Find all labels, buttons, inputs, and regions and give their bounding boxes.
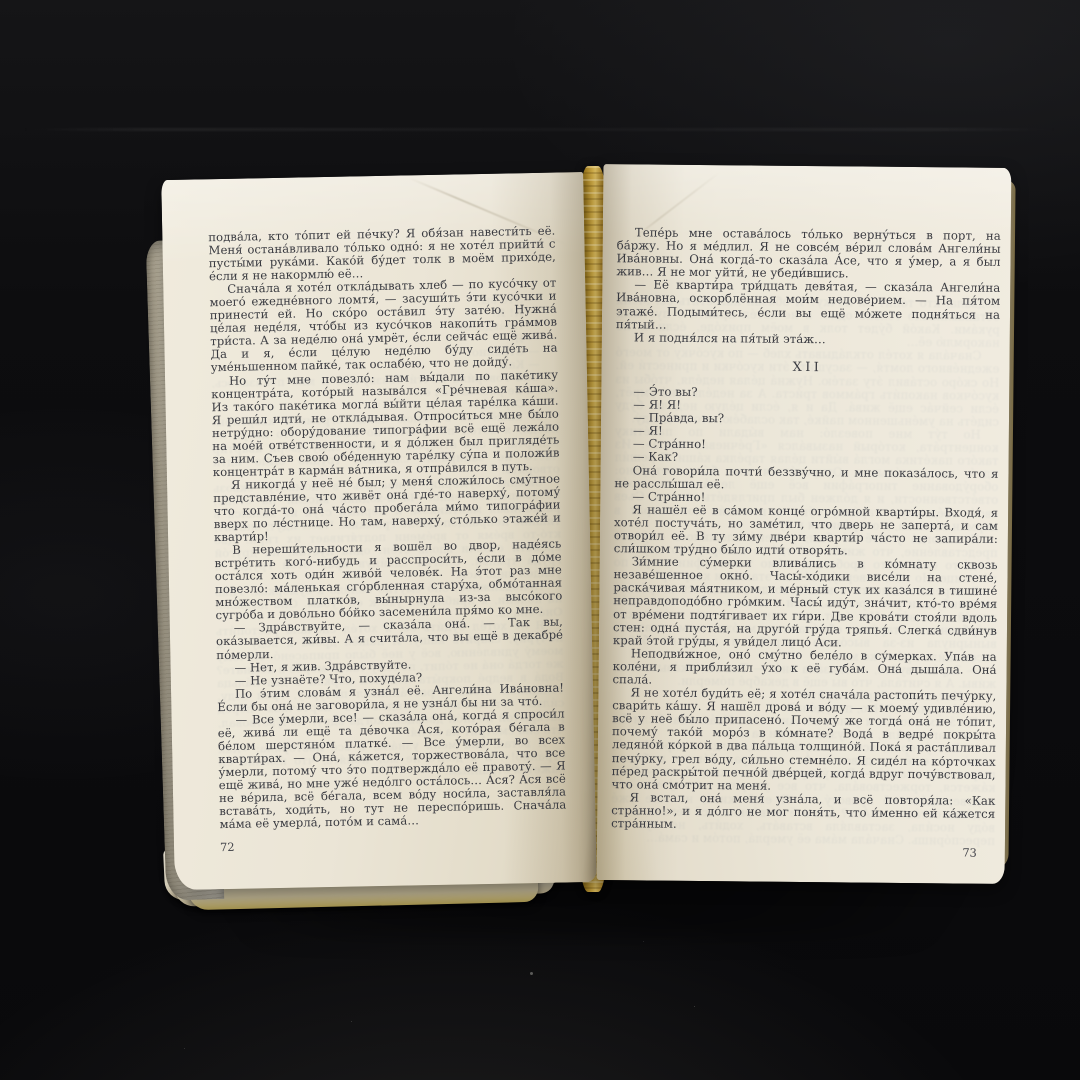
paragraph: Я не хоте́л буди́ть её; я хоте́л снача́л… [611, 686, 996, 794]
paragraph: Я никогда́ у неё не́ был; у меня́ сложи́… [213, 472, 561, 544]
right-page: подва́ла, кто то́пит ей пе́чку? Я обя́за… [597, 164, 1012, 884]
open-book: — Э́то вы?— Я! Я!— Пра́вда, вы?— Я!— Стр… [148, 150, 1020, 922]
paragraph: Но ту́т мне повезло́: нам вы́дали по пак… [211, 368, 560, 479]
fabric-fold-line [0, 128, 1080, 131]
photo-of-open-book: { "book": { "left_page": { "folio": "72"… [0, 0, 1080, 1080]
paragraph: Я встал, она́ меня́ узна́ла, и всё повто… [611, 791, 995, 834]
right-page-paragraphs-after-heading: — Э́то вы?— Я! Я!— Пра́вда, вы?— Я!— Стр… [611, 385, 999, 834]
paragraph: Зи́мние су́мерки влива́лись в ко́мнату с… [613, 555, 998, 650]
left-page-paragraphs: подва́ла, кто то́пит ей пе́чку? Я обя́за… [208, 225, 566, 832]
dust-specks [530, 972, 533, 975]
dialogue-line: — Её кварти́ра три́дцать девя́тая, — ска… [616, 279, 1000, 335]
paragraph: подва́ла, кто то́пит ей пе́чку? Я обя́за… [208, 225, 556, 284]
left-page-text: подва́ла, кто то́пит ей пе́чку? Я обя́за… [208, 225, 567, 855]
paragraph: Снача́ла я хоте́л откла́дывать хлеб — по… [209, 277, 558, 375]
paragraph: Тепе́рь мне остава́лось то́лько верну́ть… [616, 226, 1000, 282]
paragraph: Я нашёл её в са́мом конце́ огро́мной ква… [614, 503, 998, 559]
left-page: — Э́то вы?— Я! Я!— Пра́вда, вы?— Я!— Стр… [161, 172, 597, 890]
right-page-paragraphs-before-heading: Тепе́рь мне остава́лось то́лько верну́ть… [616, 226, 1001, 348]
paragraph: Неподви́жное, оно́ сму́тно беле́ло в су́… [612, 647, 996, 690]
paragraph: В нереши́тельности я вошёл во двор, наде… [214, 538, 562, 623]
dialogue-line: — Все у́мерли, все! — сказа́ла она́, ког… [217, 707, 566, 831]
right-page-text: Тепе́рь мне остава́лось то́лько верну́ть… [611, 226, 1001, 860]
paragraph: И я подня́лся на пя́тый эта́ж… [616, 331, 1000, 348]
dialogue-line: — Здра́вствуйте, — сказа́ла она́. — Так … [216, 616, 564, 662]
chapter-heading: XII [615, 359, 999, 376]
